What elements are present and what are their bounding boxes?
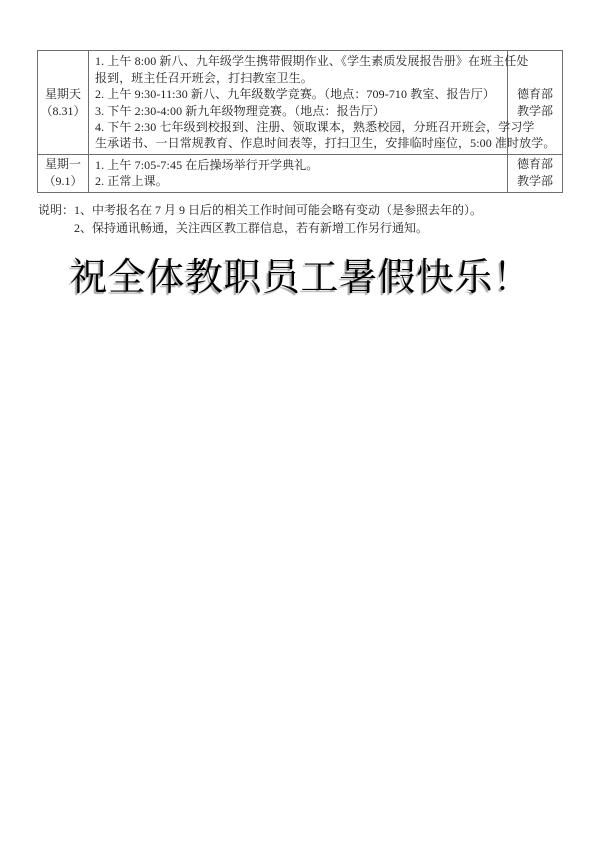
notes-label: 说明： — [38, 202, 74, 220]
schedule-line: 1. 上午 7:05-7:45 在后操场举行开学典礼。 — [95, 157, 503, 173]
content-cell: 1. 上午 8:00 新八、九年级学生携带假期作业、《学生素质发展报告册》在班主… — [89, 51, 508, 155]
date-label: （9.1） — [38, 173, 88, 190]
schedule-line: 2. 正常上课。 — [95, 173, 503, 189]
day-label: 星期一 — [38, 156, 88, 173]
schedule-line: 生承诺书、一日常规教育、作息时间表等，打扫卫生，安排临时座位，5:00 准时放学… — [95, 135, 503, 151]
day-cell: 星期一 （9.1） — [38, 155, 89, 193]
note-item: 1、中考报名在 7 月 9 日后的相关工作时间可能会略有变动（是参照去年的）。 — [74, 202, 482, 220]
document-page: 星期天 （8.31） 1. 上午 8:00 新八、九年级学生携带假期作业、《学生… — [0, 0, 601, 850]
table-row: 星期天 （8.31） 1. 上午 8:00 新八、九年级学生携带假期作业、《学生… — [38, 51, 563, 155]
date-label: （8.31） — [38, 103, 88, 120]
table-row: 星期一 （9.1） 1. 上午 7:05-7:45 在后操场举行开学典礼。 2.… — [38, 155, 563, 193]
greeting-banner: 祝全体教职员工暑假快乐！ — [0, 246, 601, 301]
dept-label: 德育部 — [508, 156, 562, 173]
dept-label: 德育部 — [508, 86, 562, 103]
schedule-line: 1. 上午 8:00 新八、九年级学生携带假期作业、《学生素质发展报告册》在班主… — [95, 53, 503, 69]
dept-label: 教学部 — [508, 173, 562, 190]
day-label: 星期天 — [38, 86, 88, 103]
schedule-line: 4. 下午 2:30 七年级到校报到、注册、领取课本，熟悉校园，分班召开班会，学… — [95, 119, 503, 135]
content-cell: 1. 上午 7:05-7:45 在后操场举行开学典礼。 2. 正常上课。 — [89, 155, 508, 193]
day-cell: 星期天 （8.31） — [38, 51, 89, 155]
note-item: 2、保持通讯畅通，关注西区教工群信息，若有新增工作另行通知。 — [74, 220, 482, 238]
schedule-table: 星期天 （8.31） 1. 上午 8:00 新八、九年级学生携带假期作业、《学生… — [37, 50, 563, 193]
schedule-line: 3. 下午 2:30-4:00 新九年级物理竞赛。（地点：报告厅） — [95, 103, 503, 119]
dept-cell: 德育部 教学部 — [508, 155, 563, 193]
dept-label: 教学部 — [508, 103, 562, 120]
notes-section: 说明： 1、中考报名在 7 月 9 日后的相关工作时间可能会略有变动（是参照去年… — [38, 202, 482, 237]
schedule-line: 2. 上午 9:30-11:30 新八、九年级数学竞赛。（地点：709-710 … — [95, 86, 503, 102]
notes-items: 1、中考报名在 7 月 9 日后的相关工作时间可能会略有变动（是参照去年的）。 … — [74, 202, 482, 237]
schedule-line: 报到，班主任召开班会，打扫教室卫生。 — [95, 70, 503, 86]
